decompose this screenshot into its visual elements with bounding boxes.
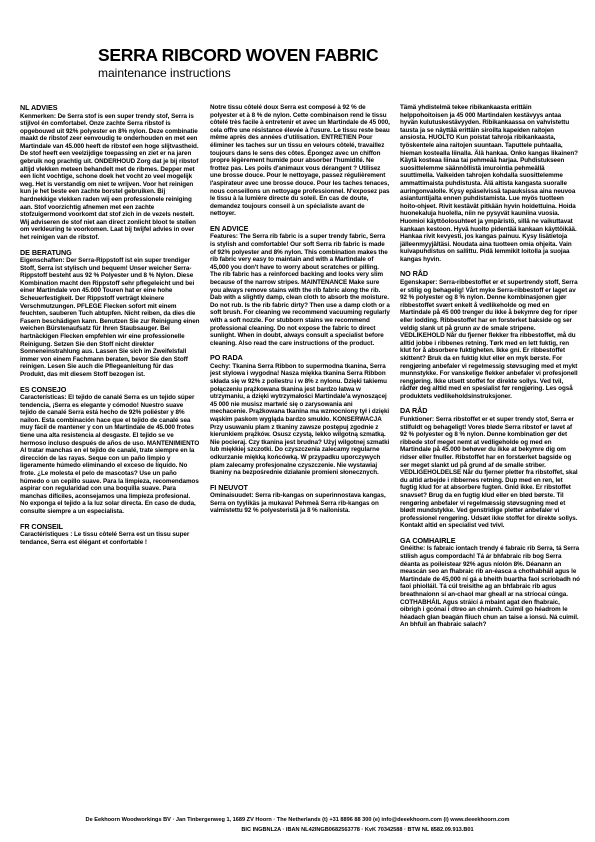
section-body: Eigenschaften: Der Serra-Rippstoff ist e…: [20, 257, 200, 379]
section-da-rad: DA RÅD Funktioner: Serra ribstoffet er e…: [400, 407, 580, 529]
document-subtitle: maintenance instructions: [98, 66, 231, 80]
section-body: Caractéristiques : Le tissu côtelé Serra…: [20, 531, 200, 546]
section-ga-comhairle: GA COMHAIRLE Gnéithe: Is fabraic iontach…: [400, 537, 580, 629]
section-fi-neuvot-continued: Tämä yhdistelmä tekee ribikankaasta erit…: [400, 104, 580, 263]
section-de-beratung: DE BERATUNG Eigenschaften: Der Serra-Rip…: [20, 249, 200, 379]
column-3: Tämä yhdistelmä tekee ribikankaasta erit…: [400, 104, 580, 804]
content-columns: NL ADVIES Kenmerken: De Serra stof is ee…: [20, 104, 580, 804]
section-fr-conseil-continued: Notre tissu côtelé doux Serra est compos…: [210, 104, 390, 218]
section-heading: DE BERATUNG: [20, 249, 200, 257]
section-body: Egenskaper: Serra-ribbestoffet er et sup…: [400, 279, 580, 401]
section-body: Cechy: Tkanina Serra Ribbon to supermodn…: [210, 363, 390, 477]
section-heading: FI NEUVOT: [210, 484, 390, 492]
section-fr-conseil: FR CONSEIL Caractéristiques : Le tissu c…: [20, 523, 200, 547]
section-heading: GA COMHAIRLE: [400, 537, 580, 545]
document-title: SERRA RIBCORD WOVEN FABRIC: [98, 45, 378, 66]
section-heading: FR CONSEIL: [20, 523, 200, 531]
section-body: Kenmerken: De Serra stof is een super tr…: [20, 113, 200, 242]
section-es-consejo: ES CONSEJO Características: El tejido de…: [20, 386, 200, 516]
section-body: Ominaisuudet: Serra rib-kangas on superi…: [210, 492, 390, 515]
section-heading: DA RÅD: [400, 407, 580, 415]
section-heading: ES CONSEJO: [20, 386, 200, 394]
page-footer: De Eekhoorn Woodworkings BV · Jan Tinber…: [0, 815, 595, 835]
section-body: Notre tissu côtelé doux Serra est compos…: [210, 104, 390, 218]
section-heading: EN ADVICE: [210, 225, 390, 233]
section-no-rad: NO RÅD Egenskaper: Serra-ribbestoffet er…: [400, 270, 580, 400]
section-fi-neuvot: FI NEUVOT Ominaisuudet: Serra rib-kangas…: [210, 484, 390, 515]
section-body: Features: The Serra rib fabric is a supe…: [210, 233, 390, 347]
section-heading: PO RADA: [210, 354, 390, 362]
column-2: Notre tissu côtelé doux Serra est compos…: [210, 104, 390, 804]
section-en-advice: EN ADVICE Features: The Serra rib fabric…: [210, 225, 390, 347]
section-body: Gnéithe: Is fabraic iontach trendy é fab…: [400, 545, 580, 629]
column-1: NL ADVIES Kenmerken: De Serra stof is ee…: [20, 104, 200, 804]
section-nl-advies: NL ADVIES Kenmerken: De Serra stof is ee…: [20, 104, 200, 242]
company-address-line: De Eekhoorn Woodworkings BV · Jan Tinber…: [0, 815, 595, 825]
section-po-rada: PO RADA Cechy: Tkanina Serra Ribbon to s…: [210, 354, 390, 476]
section-heading: NO RÅD: [400, 270, 580, 278]
section-body: Funktioner: Serra ribstoffet er et super…: [400, 416, 580, 530]
section-body: Características: El tejido de canalé Ser…: [20, 394, 200, 516]
section-heading: NL ADVIES: [20, 104, 200, 112]
section-body: Tämä yhdistelmä tekee ribikankaasta erit…: [400, 104, 580, 263]
company-registration-line: BIC INGBNL2A · IBAN NL42INGB0682563778 ·…: [0, 825, 595, 835]
